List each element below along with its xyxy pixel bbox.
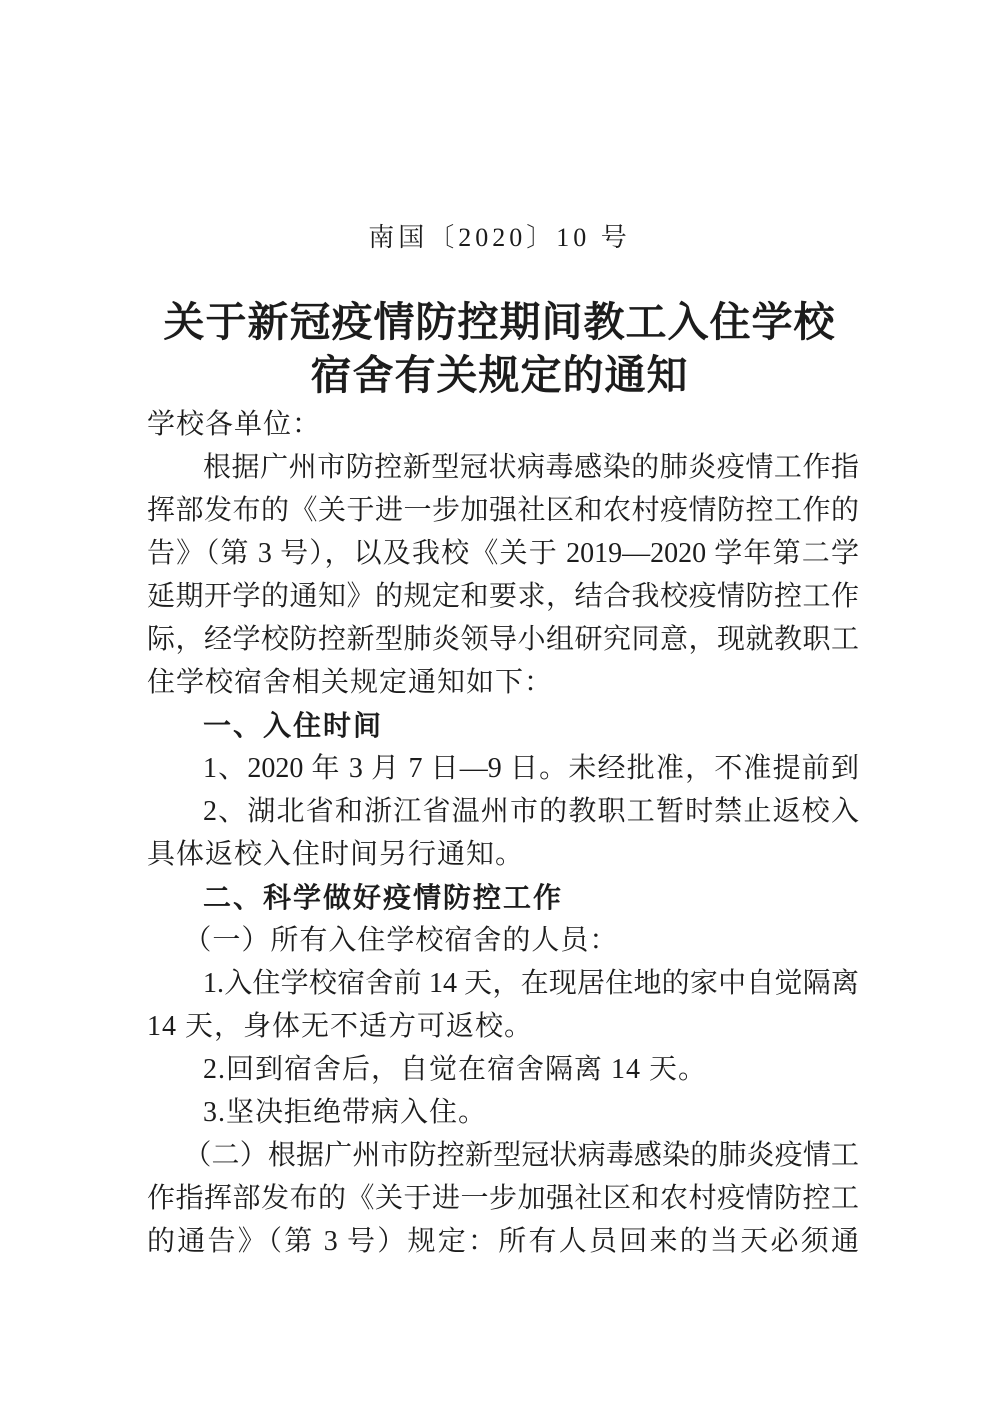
section-2-heading: 二、科学做好疫情防控工作 (147, 876, 859, 919)
body-line: （二）根据广州市防控新型冠状病毒感染的肺炎疫情工 (147, 1134, 859, 1177)
doc-number: 南国〔2020〕10 号 (0, 221, 999, 255)
salutation-line: 学校各单位： (147, 403, 859, 446)
body-line: （一）所有入住学校宿舍的人员： (147, 919, 859, 962)
body-line: 1、2020 年 3 月 7 日—9 日。未经批准，不准提前到达。 (147, 747, 859, 790)
body-line: 1.入住学校宿舍前 14 天，在现居住地的家中自觉隔离 (147, 962, 859, 1005)
body-line: 具体返校入住时间另行通知。 (147, 833, 859, 876)
doc-body: 学校各单位： 根据广州市防控新型冠状病毒感染的肺炎疫情工作指 挥部发布的《关于进… (147, 403, 859, 1263)
body-line: 2.回到宿舍后，自觉在宿舍隔离 14 天。 (147, 1048, 859, 1091)
body-line: 的通告》（第 3 号）规定：所有人员回来的当天必须通过“穗 (147, 1220, 859, 1263)
body-line: 住学校宿舍相关规定通知如下： (147, 661, 859, 704)
section-1-heading: 一、入住时间 (147, 704, 859, 747)
body-line: 挥部发布的《关于进一步加强社区和农村疫情防控工作的通 (147, 489, 859, 532)
body-line: 14 天，身体无不适方可返校。 (147, 1005, 859, 1048)
body-line: 延期开学的通知》的规定和要求，结合我校疫情防控工作实 (147, 575, 859, 618)
scanned-notice-page: 南国〔2020〕10 号 关于新冠疫情防控期间教工入住学校 宿舍有关规定的通知 … (0, 0, 999, 1414)
body-line: 3.坚决拒绝带病入住。 (147, 1091, 859, 1134)
body-line: 际，经学校防控新型肺炎领导小组研究同意，现就教职工入 (147, 618, 859, 661)
doc-title-line-2: 宿舍有关规定的通知 (0, 349, 999, 402)
body-line: 根据广州市防控新型冠状病毒感染的肺炎疫情工作指 (147, 446, 859, 489)
doc-title: 关于新冠疫情防控期间教工入住学校 宿舍有关规定的通知 (0, 296, 999, 402)
body-line: 告》（第 3 号），以及我校《关于 2019—2020 学年第二学期 (147, 532, 859, 575)
body-line: 作指挥部发布的《关于进一步加强社区和农村疫情防控工作 (147, 1177, 859, 1220)
doc-title-line-1: 关于新冠疫情防控期间教工入住学校 (0, 296, 999, 349)
body-line: 2、湖北省和浙江省温州市的教职工暂时禁止返校入住， (147, 790, 859, 833)
